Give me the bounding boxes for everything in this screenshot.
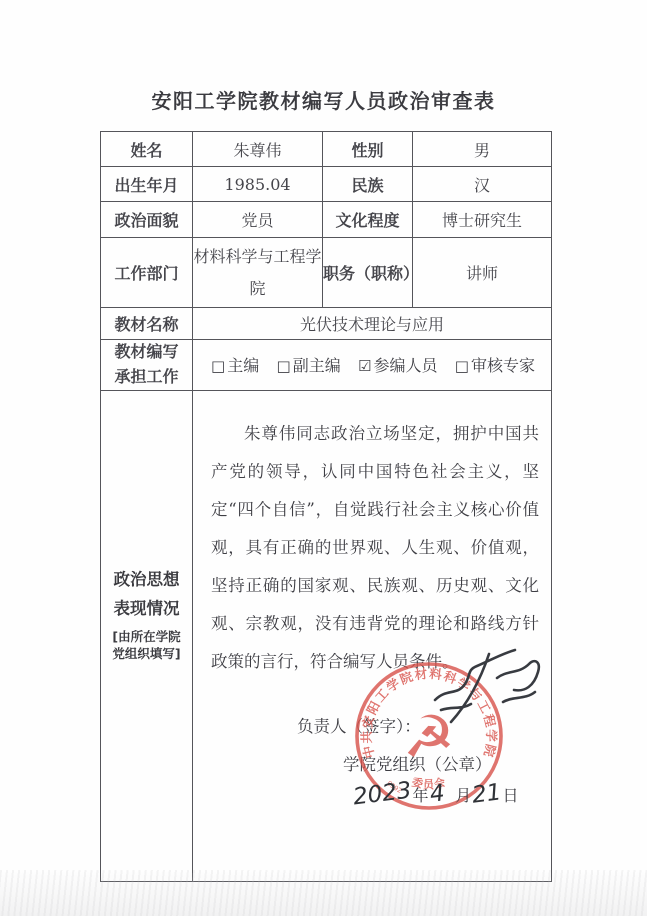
field-department-value: 材料科学与工程学院	[193, 238, 323, 308]
field-position-label: 职务（职称）	[323, 238, 413, 308]
table-row: 出生年月 1985.04 民族 汉	[101, 167, 552, 202]
field-birth-label: 出生年月	[101, 167, 193, 202]
role-option: □副主编	[277, 353, 341, 376]
table-row: 工作部门 材料科学与工程学院 职务（职称） 讲师	[101, 238, 552, 308]
checkbox-checked-icon: ☑	[358, 357, 371, 375]
checkbox-unchecked-icon: □	[211, 357, 225, 375]
handwritten-month: 4	[428, 780, 446, 808]
month-unit: 月	[455, 786, 471, 805]
field-ethnicity-value: 汉	[413, 167, 552, 202]
handwritten-signature	[431, 644, 546, 736]
role-option-label: 审核专家	[471, 356, 535, 375]
field-name-value: 朱尊伟	[193, 132, 323, 167]
field-name-label: 姓名	[101, 132, 193, 167]
field-position-value: 讲师	[413, 238, 552, 308]
field-department-label: 工作部门	[101, 238, 193, 308]
handwritten-year: 2023	[352, 777, 413, 810]
field-textbook-label: 教材名称	[101, 308, 193, 340]
table-row: 姓名 朱尊伟 性别 男	[101, 132, 552, 167]
role-option: ☑参编人员	[358, 353, 437, 376]
role-option-label: 主编	[227, 356, 259, 375]
field-gender-label: 性别	[323, 132, 413, 167]
review-header-note: [由所在学院 党组织填写]	[112, 628, 180, 662]
role-option-label: 参编人员	[373, 356, 437, 375]
field-textbook-value: 光伏技术理论与应用	[193, 308, 552, 340]
review-header-cell: 政治思想 表现情况 [由所在学院 党组织填写]	[101, 390, 193, 881]
field-ethnicity-label: 民族	[323, 167, 413, 202]
field-gender-value: 男	[413, 132, 552, 167]
date-line: 2023年4月21日	[353, 781, 520, 807]
table-row: 政治面貌 党员 文化程度 博士研究生	[101, 202, 552, 238]
day-unit: 日	[503, 786, 519, 805]
table-row: 政治思想 表现情况 [由所在学院 党组织填写] 朱尊伟同志政治立场坚定，拥护中国…	[101, 390, 552, 881]
review-header-line1: 政治思想	[114, 565, 180, 594]
role-option-label: 副主编	[293, 356, 341, 375]
review-header-line2: 表现情况	[114, 594, 180, 623]
table-row: 教材名称 光伏技术理论与应用	[101, 308, 552, 340]
review-paragraph: 朱尊伟同志政治立场坚定，拥护中国共产党的领导，认同中国特色社会主义，坚定“四个自…	[211, 415, 539, 681]
field-political-value: 党员	[193, 202, 323, 238]
review-content-cell: 朱尊伟同志政治立场坚定，拥护中国共产党的领导，认同中国特色社会主义，坚定“四个自…	[193, 390, 552, 881]
field-role-label-line1: 教材编写	[101, 340, 192, 365]
role-option: □主编	[211, 353, 259, 376]
role-options-cell: □主编 □副主编 ☑参编人员 □审核专家	[193, 340, 552, 391]
field-birth-value: 1985.04	[193, 167, 323, 202]
year-unit: 年	[413, 786, 429, 805]
review-form-table: 姓名 朱尊伟 性别 男 出生年月 1985.04 民族 汉 政治面貌 党员 文化…	[100, 131, 552, 882]
field-role-label-line2: 承担工作	[101, 365, 192, 390]
table-row: 教材编写 承担工作 □主编 □副主编 ☑参编人员 □审核专家	[101, 340, 552, 391]
document-page: 安阳工学院教材编写人员政治审查表 姓名 朱尊伟 性别 男 出生年月 1985.0…	[0, 0, 647, 916]
page-title: 安阳工学院教材编写人员政治审查表	[0, 85, 647, 114]
field-education-value: 博士研究生	[413, 202, 552, 238]
checkbox-unchecked-icon: □	[455, 357, 469, 375]
handwritten-day: 21	[471, 779, 503, 808]
field-political-label: 政治面貌	[101, 202, 193, 238]
field-education-label: 文化程度	[323, 202, 413, 238]
checkbox-unchecked-icon: □	[277, 357, 291, 375]
role-option: □审核专家	[455, 353, 535, 376]
field-role-label: 教材编写 承担工作	[101, 340, 193, 391]
